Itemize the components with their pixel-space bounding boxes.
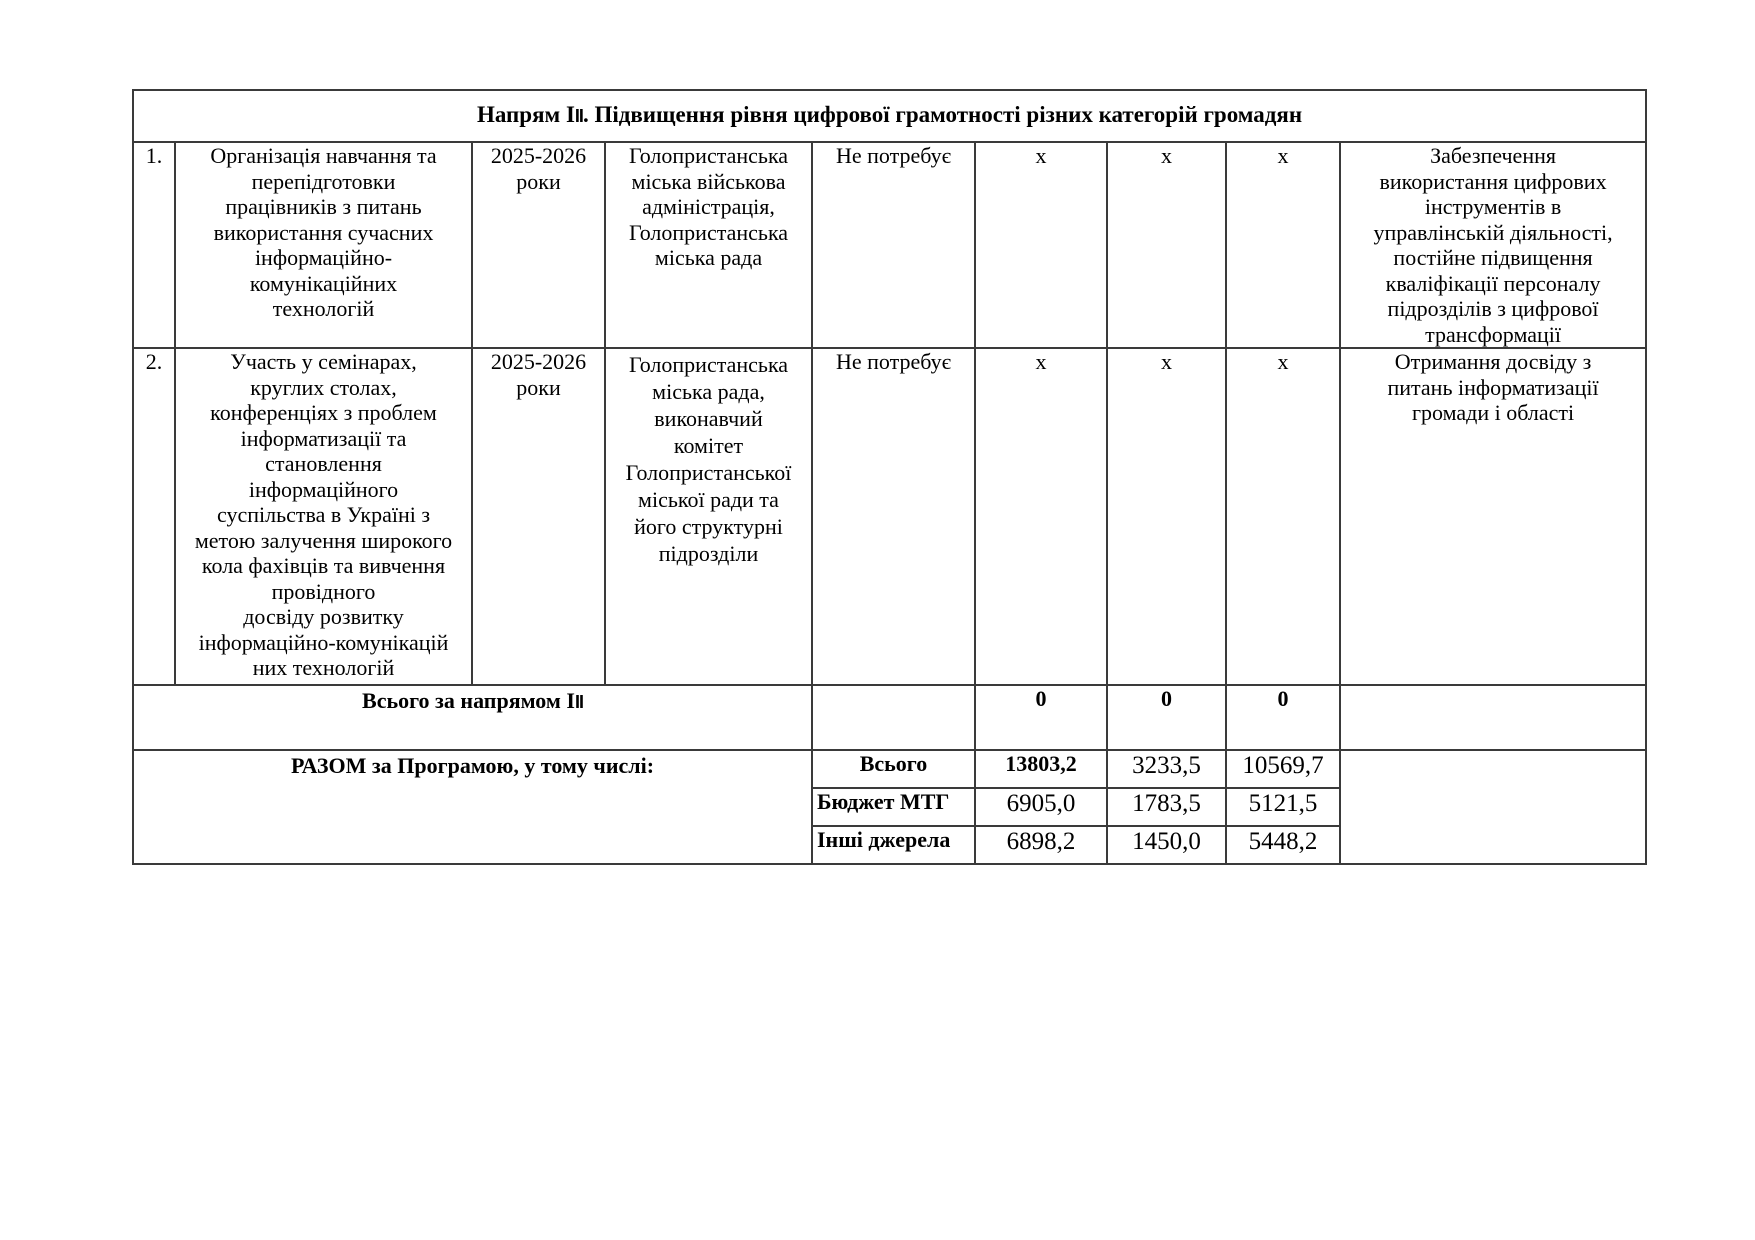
funding-value-year2: х — [1226, 142, 1340, 348]
program-budget-value-year1: 1783,5 — [1107, 788, 1226, 826]
funding-source: Не потребує — [812, 142, 975, 348]
section-total-text: Всього за напрямом I — [362, 688, 575, 713]
task-term: 2025-2026 роки — [472, 348, 605, 685]
section-title: Напрям III. Підвищення рівня цифрової гр… — [133, 90, 1646, 142]
section-total-roman-numeral: II — [575, 692, 583, 712]
task-description: Організація навчання та перепідготовки п… — [175, 142, 472, 348]
funding-value-year1: х — [1107, 142, 1226, 348]
program-total-result — [1340, 750, 1646, 864]
section-title-prefix: Напрям I — [477, 102, 575, 127]
program-other-source: Інші джерела — [812, 826, 975, 864]
section-roman-numeral: II — [575, 106, 583, 126]
funding-value-year2: х — [1226, 348, 1340, 685]
program-total-value-year2: 10569,7 — [1226, 750, 1340, 788]
section-header-row: Напрям III. Підвищення рівня цифрової гр… — [133, 90, 1646, 142]
task-executors: Голопристанська міська військова адмініс… — [605, 142, 812, 348]
row-number: 2. — [133, 348, 175, 685]
program-total-source: Всього — [812, 750, 975, 788]
expected-result: Отримання досвіду з питань інформатизаці… — [1340, 348, 1646, 685]
section-total-row: Всього за напрямом III 0 0 0 — [133, 685, 1646, 750]
expected-result: Забезпечення використання цифрових інстр… — [1340, 142, 1646, 348]
program-other-value-total: 6898,2 — [975, 826, 1107, 864]
program-total-value-year1: 3233,5 — [1107, 750, 1226, 788]
program-other-value-year1: 1450,0 — [1107, 826, 1226, 864]
program-budget-value-total: 6905,0 — [975, 788, 1107, 826]
program-budget-value-year2: 5121,5 — [1226, 788, 1340, 826]
program-total-row: РАЗОМ за Програмою, у тому числі: Всього… — [133, 750, 1646, 788]
task-term: 2025-2026 роки — [472, 142, 605, 348]
program-budget-source: Бюджет МТГ — [812, 788, 975, 826]
funding-source: Не потребує — [812, 348, 975, 685]
program-total-label: РАЗОМ за Програмою, у тому числі: — [133, 750, 812, 864]
section-total-source — [812, 685, 975, 750]
task-description: Участь у семінарах, круглих столах, конф… — [175, 348, 472, 685]
section-total-value-year1: 0 — [1107, 685, 1226, 750]
funding-value-year1: х — [1107, 348, 1226, 685]
table-row: 1. Організація навчання та перепідготовк… — [133, 142, 1646, 348]
section-total-result — [1340, 685, 1646, 750]
program-table: Напрям III. Підвищення рівня цифрової гр… — [132, 89, 1647, 865]
section-total-value-year2: 0 — [1226, 685, 1340, 750]
section-total-value-total: 0 — [975, 685, 1107, 750]
program-total-value-total: 13803,2 — [975, 750, 1107, 788]
funding-value-total: х — [975, 142, 1107, 348]
task-executors: Голопристанська міська рада, виконавчий … — [605, 348, 812, 685]
program-other-value-year2: 5448,2 — [1226, 826, 1340, 864]
section-total-label: Всього за напрямом III — [133, 685, 812, 750]
section-title-text: . Підвищення рівня цифрової грамотності … — [583, 102, 1302, 127]
funding-value-total: х — [975, 348, 1107, 685]
row-number: 1. — [133, 142, 175, 348]
table-row: 2. Участь у семінарах, круглих столах, к… — [133, 348, 1646, 685]
